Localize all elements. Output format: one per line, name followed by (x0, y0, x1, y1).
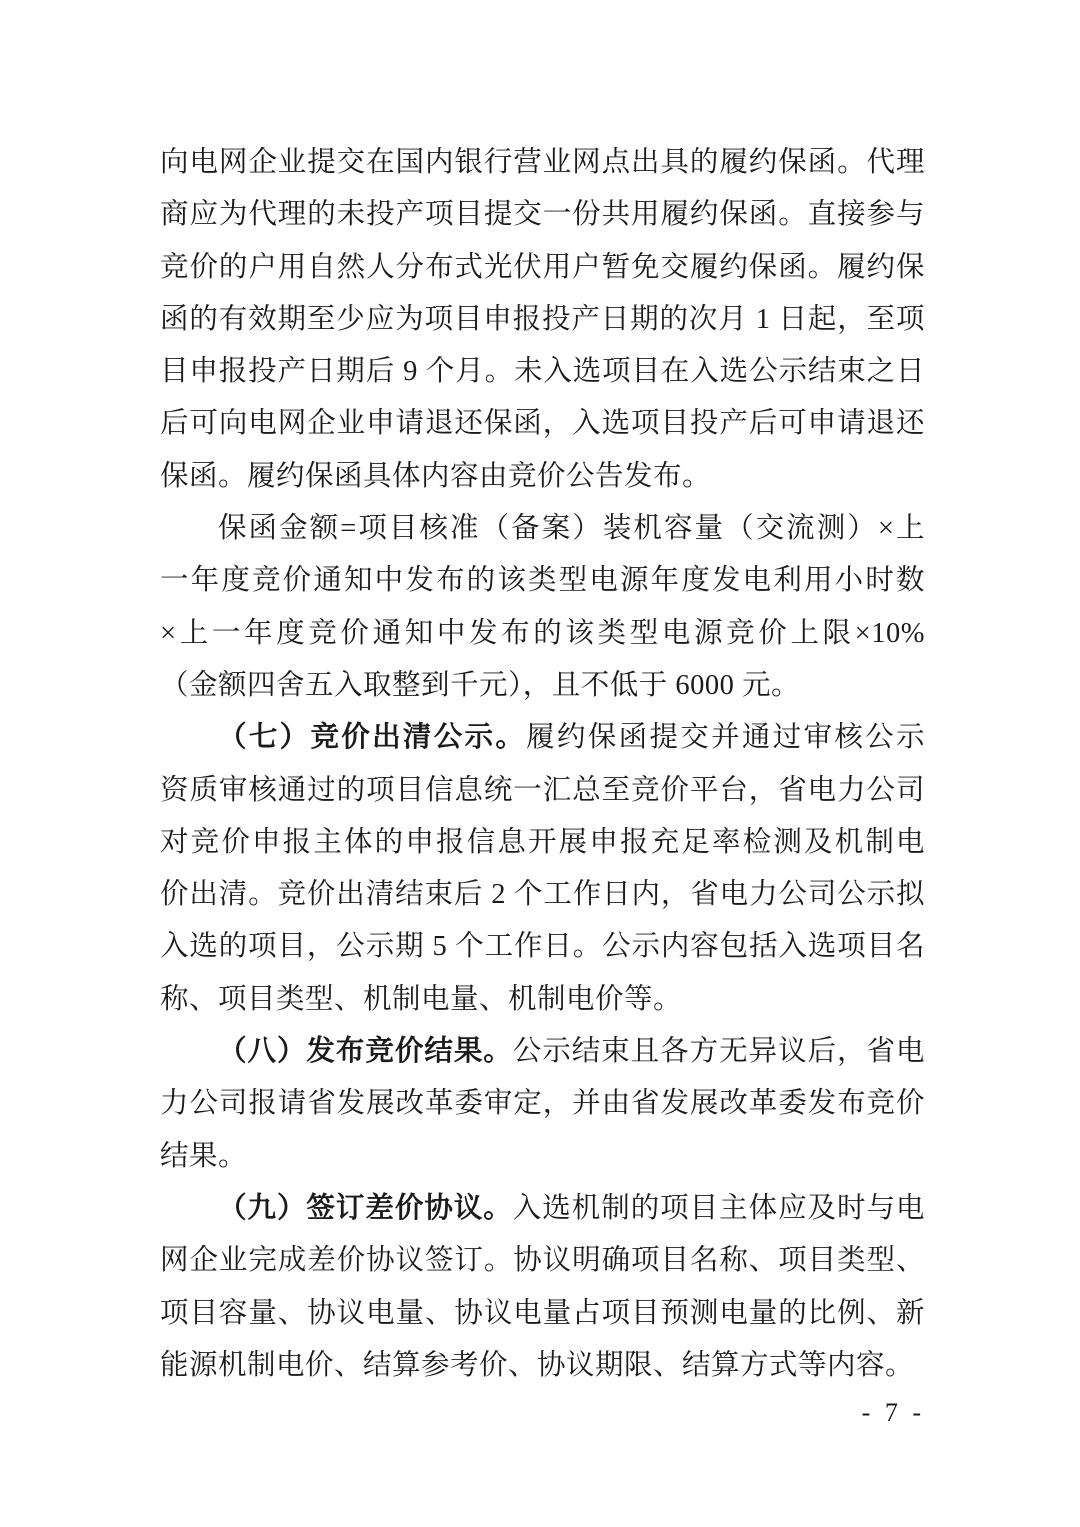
text-segment: 对竞价申报主体的申报信息开展申报充足率检测及机制电 (160, 827, 925, 858)
text-segment: 价出清。竞价出清结束后 2 个工作日内，省电力公司公示拟 (160, 879, 925, 910)
text-segment: 保函。履约保函具体内容由竞价公告发布。 (160, 461, 711, 492)
text-line: 对竞价申报主体的申报信息开展申报充足率检测及机制电 (160, 817, 925, 869)
paragraph-item-8-publish-bidding-results: （八）发布竞价结果。公示结束且各方无异议后，省电力公司报请省发展改革委审定，并由… (160, 1026, 925, 1183)
text-line: 能源机制电价、结算参考价、协议期限、结算方式等内容。 (160, 1340, 925, 1392)
text-segment: 竞价的户用自然人分布式光伏用户暂免交履约保函。履约保 (160, 252, 925, 283)
text-segment: 后可向电网企业申请退还保函，入选项目投产后可申请退还 (160, 408, 925, 439)
text-segment: 网企业完成差价协议签订。协议明确项目名称、项目类型、 (160, 1245, 925, 1276)
text-line: （八）发布竞价结果。公示结束且各方无异议后，省电 (160, 1026, 925, 1078)
text-line: 网企业完成差价协议签订。协议明确项目名称、项目类型、 (160, 1235, 925, 1287)
text-line: 目申报投产日期后 9 个月。未入选项目在入选公示结束之日 (160, 346, 925, 398)
text-segment: 向电网企业提交在国内银行营业网点出具的履约保函。代理 (160, 147, 925, 178)
text-line: （金额四舍五入取整到千元），且不低于 6000 元。 (160, 660, 925, 712)
text-segment: 函的有效期至少应为项目申报投产日期的次月 1 日起，至项 (160, 304, 925, 335)
paragraph-bond-amount-formula: 保函金额=项目核准（备案）装机容量（交流测）×上一年度竞价通知中发布的该类型电源… (160, 503, 925, 712)
text-line: 结果。 (160, 1131, 925, 1183)
text-line: 一年度竞价通知中发布的该类型电源年度发电利用小时数 (160, 555, 925, 607)
text-line: 力公司报请省发展改革委审定，并由省发展改革委发布竞价 (160, 1078, 925, 1130)
text-line: （七）竞价出清公示。履约保函提交并通过审核公示后， (160, 712, 925, 764)
text-segment: 力公司报请省发展改革委审定，并由省发展改革委发布竞价 (160, 1088, 925, 1119)
text-segment: 公示结束且各方无异议后，省电 (513, 1036, 925, 1067)
section-heading: （九）签订差价协议。 (218, 1193, 513, 1224)
text-line: 称、项目类型、机制电量、机制电价等。 (160, 974, 925, 1026)
text-segment: 入选机制的项目主体应及时与电 (513, 1193, 925, 1224)
text-line: 商应为代理的未投产项目提交一份共用履约保函。直接参与 (160, 189, 925, 241)
section-heading: （七）竞价出清公示。 (218, 722, 526, 753)
section-heading: （八）发布竞价结果。 (218, 1036, 513, 1067)
document-page: 向电网企业提交在国内银行营业网点出具的履约保函。代理商应为代理的未投产项目提交一… (0, 0, 1080, 1527)
text-line: 函的有效期至少应为项目申报投产日期的次月 1 日起，至项 (160, 294, 925, 346)
text-segment: 项目容量、协议电量、协议电量占项目预测电量的比例、新 (160, 1298, 925, 1329)
text-segment: 资质审核通过的项目信息统一汇总至竞价平台，省电力公司 (160, 775, 925, 806)
text-segment: 目申报投产日期后 9 个月。未入选项目在入选公示结束之日 (160, 356, 925, 387)
text-segment: 结果。 (160, 1141, 247, 1172)
paragraph-item-9-sign-cfd-agreement: （九）签订差价协议。入选机制的项目主体应及时与电网企业完成差价协议签订。协议明确… (160, 1183, 925, 1392)
text-segment: （金额四舍五入取整到千元），且不低于 6000 元。 (160, 670, 800, 701)
text-line: 保函金额=项目核准（备案）装机容量（交流测）×上 (160, 503, 925, 555)
text-line: ×上一年度竞价通知中发布的该类型电源竞价上限×10% (160, 608, 925, 660)
text-segment: 入选的项目，公示期 5 个工作日。公示内容包括入选项目名 (160, 931, 925, 962)
text-segment: ×上一年度竞价通知中发布的该类型电源竞价上限×10% (160, 618, 925, 649)
text-segment: 能源机制电价、结算参考价、协议期限、结算方式等内容。 (160, 1350, 914, 1381)
paragraph-item-7-bidding-clearing-publicity: （七）竞价出清公示。履约保函提交并通过审核公示后，资质审核通过的项目信息统一汇总… (160, 712, 925, 1026)
text-line: 竞价的户用自然人分布式光伏用户暂免交履约保函。履约保 (160, 242, 925, 294)
text-line: 保函。履约保函具体内容由竞价公告发布。 (160, 451, 925, 503)
text-segment: 一年度竞价通知中发布的该类型电源年度发电利用小时数 (160, 565, 925, 596)
text-line: 资质审核通过的项目信息统一汇总至竞价平台，省电力公司 (160, 765, 925, 817)
text-line: （九）签订差价协议。入选机制的项目主体应及时与电 (160, 1183, 925, 1235)
text-segment: 保函金额=项目核准（备案）装机容量（交流测）×上 (218, 513, 925, 544)
text-line: 项目容量、协议电量、协议电量占项目预测电量的比例、新 (160, 1288, 925, 1340)
text-line: 向电网企业提交在国内银行营业网点出具的履约保函。代理 (160, 137, 925, 189)
text-line: 后可向电网企业申请退还保函，入选项目投产后可申请退还 (160, 398, 925, 450)
document-body: 向电网企业提交在国内银行营业网点出具的履约保函。代理商应为代理的未投产项目提交一… (160, 137, 925, 1392)
text-segment: 商应为代理的未投产项目提交一份共用履约保函。直接参与 (160, 199, 925, 230)
paragraph-performance-bond-continuation: 向电网企业提交在国内银行营业网点出具的履约保函。代理商应为代理的未投产项目提交一… (160, 137, 925, 503)
page-number: - 7 - (862, 1398, 925, 1428)
text-line: 价出清。竞价出清结束后 2 个工作日内，省电力公司公示拟 (160, 869, 925, 921)
text-line: 入选的项目，公示期 5 个工作日。公示内容包括入选项目名 (160, 921, 925, 973)
text-segment: 称、项目类型、机制电量、机制电价等。 (160, 984, 682, 1015)
